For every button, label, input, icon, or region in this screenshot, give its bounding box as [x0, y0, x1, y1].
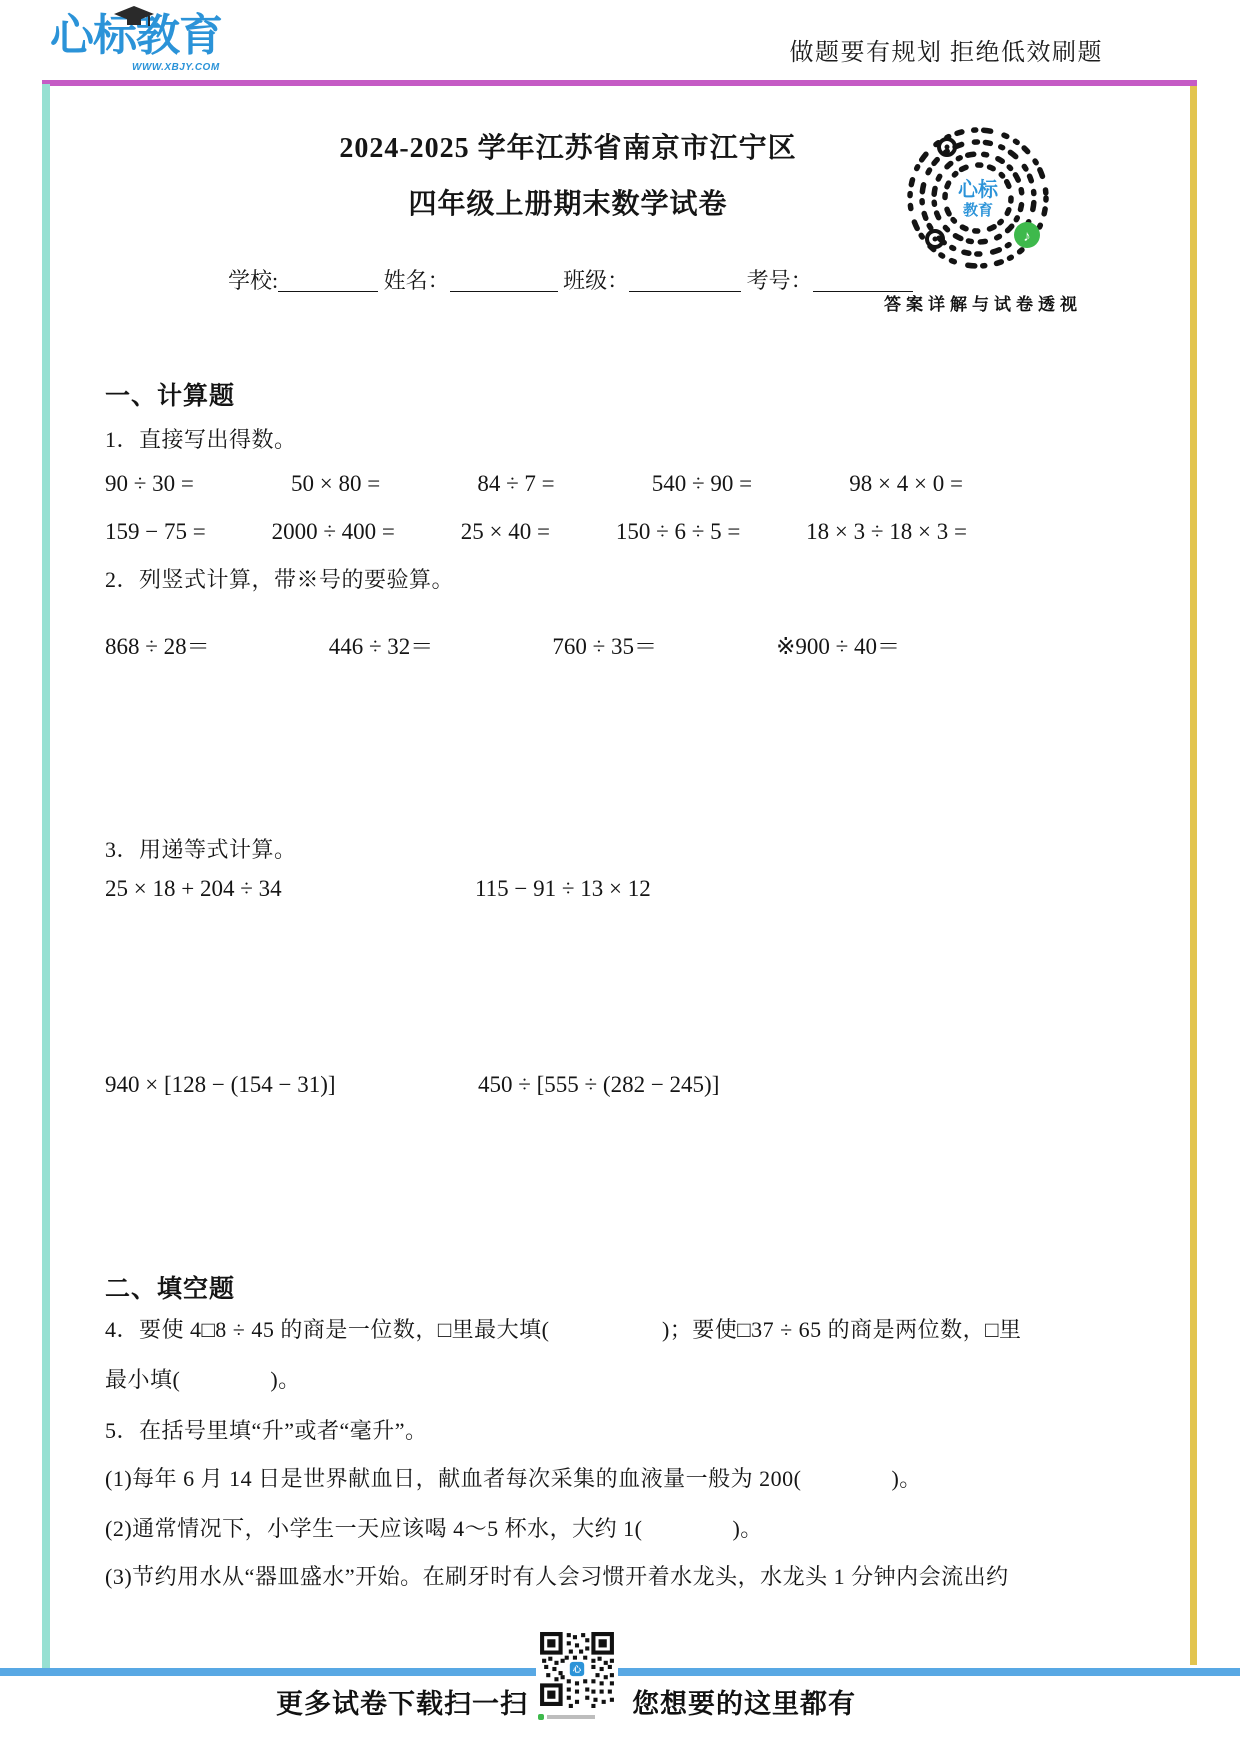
- svg-text:♪: ♪: [1023, 229, 1031, 245]
- q5-label: 5．在括号里填“升”或者“毫升”。: [105, 1414, 428, 1445]
- math-expression: 84 ÷ 7 =: [477, 471, 554, 497]
- brand-logo-text: 心标教育: [50, 12, 280, 60]
- qr-center-logo-line2: 教育: [963, 201, 993, 219]
- footer-left-text: 更多试卷下载扫一扫: [276, 1682, 528, 1721]
- class-blank: [629, 268, 741, 292]
- math-expression: 940 × [128 − (154 − 31)]: [105, 1072, 336, 1098]
- frame-bottom-line: [0, 1668, 1240, 1676]
- math-expression: 540 ÷ 90 =: [652, 471, 752, 497]
- math-expression: 50 × 80 =: [291, 471, 380, 497]
- exam-paper-page: 心标教育 WWW.XBJY.COM 做题要有规划 拒绝低效刷题 2024-202…: [0, 0, 1240, 1754]
- student-info-line: 学校: 姓名： 班级： 考号：: [228, 264, 913, 295]
- math-expression: 868 ÷ 28＝: [105, 628, 210, 661]
- class-label: 班级：: [563, 268, 629, 293]
- exam-no-label: 考号：: [747, 268, 813, 293]
- math-expression: 115 − 91 ÷ 13 × 12: [475, 876, 651, 902]
- math-expression: 450 ÷ [555 ÷ (282 − 245)]: [478, 1072, 719, 1098]
- math-expression: 90 ÷ 30 =: [105, 471, 194, 497]
- q4-line1: 4．要使 4□8 ÷ 45 的商是一位数，□里最大填( )；要使□37 ÷ 65…: [105, 1313, 1021, 1344]
- math-expression: 150 ÷ 6 ÷ 5 =: [616, 519, 740, 545]
- math-expression: 25 × 40 =: [461, 519, 550, 545]
- footer-right-text: 您想要的这里都有: [632, 1682, 856, 1721]
- svg-text:心: 心: [572, 1664, 582, 1674]
- math-expression: 2000 ÷ 400 =: [272, 519, 395, 545]
- school-blank: [278, 268, 378, 292]
- math-expression: 760 ÷ 35＝: [552, 628, 657, 661]
- graduation-cap-icon: [112, 4, 156, 35]
- q4-line2: 最小填( )。: [105, 1363, 301, 1394]
- brand-logo-url: WWW.XBJY.COM: [132, 62, 220, 73]
- q3-label: 3．用递等式计算。: [105, 833, 297, 864]
- answers-qr-code: 心标 教育 ♪: [898, 118, 1058, 278]
- name-label: 姓名：: [384, 268, 450, 293]
- frame-right-band: [1190, 86, 1197, 1665]
- math-expression: ※900 ÷ 40＝: [776, 628, 900, 661]
- name-blank: [450, 268, 558, 292]
- school-label: 学校:: [228, 268, 278, 293]
- math-expression: 446 ÷ 32＝: [329, 628, 434, 661]
- frame-top-line: [42, 80, 1197, 86]
- q5-sub3: (3)节约用水从“器皿盛水”开始。在刷牙时有人会习惯开着水龙头，水龙头 1 分钟…: [105, 1560, 1009, 1591]
- section2-heading: 二、填空题: [105, 1269, 235, 1305]
- q5-sub2: (2)通常情况下，小学生一天应该喝 4～5 杯水，大约 1( )。: [105, 1512, 763, 1543]
- download-qr-code: 心: [536, 1628, 618, 1716]
- math-expression: 25 × 18 + 204 ÷ 34: [105, 876, 282, 902]
- section1-heading: 一、计算题: [105, 376, 235, 412]
- q1-label: 1．直接写出得数。: [105, 423, 297, 454]
- answers-qr-caption: 答案详解与试卷透视: [884, 290, 1082, 315]
- footnote-bar: [547, 1715, 595, 1719]
- q2-row: 868 ÷ 28＝ 446 ÷ 32＝ 760 ÷ 35＝ ※900 ÷ 40＝: [105, 628, 900, 661]
- q2-label: 2．列竖式计算，带※号的要验算。: [105, 563, 454, 594]
- math-expression: 159 − 75 =: [105, 519, 206, 545]
- exam-no-blank: [813, 268, 913, 292]
- q5-sub1: (1)每年 6 月 14 日是世界献血日，献血者每次采集的血液量一般为 200(…: [105, 1462, 922, 1493]
- header-slogan: 做题要有规划 拒绝低效刷题: [790, 32, 1104, 67]
- qr-footnote-marks: [538, 1714, 616, 1720]
- q1-row2: 159 − 75 = 2000 ÷ 400 = 25 × 40 = 150 ÷ …: [105, 519, 967, 545]
- qr-center-logo-line1: 心标: [958, 177, 999, 201]
- brand-logo: 心标教育 WWW.XBJY.COM: [50, 12, 280, 82]
- math-expression: 98 × 4 × 0 =: [849, 471, 963, 497]
- math-expression: 18 × 3 ÷ 18 × 3 =: [806, 519, 967, 545]
- frame-left-band: [42, 84, 50, 1669]
- wechat-dot-icon: [538, 1714, 544, 1720]
- q1-row1: 90 ÷ 30 = 50 × 80 = 84 ÷ 7 = 540 ÷ 90 = …: [105, 471, 963, 497]
